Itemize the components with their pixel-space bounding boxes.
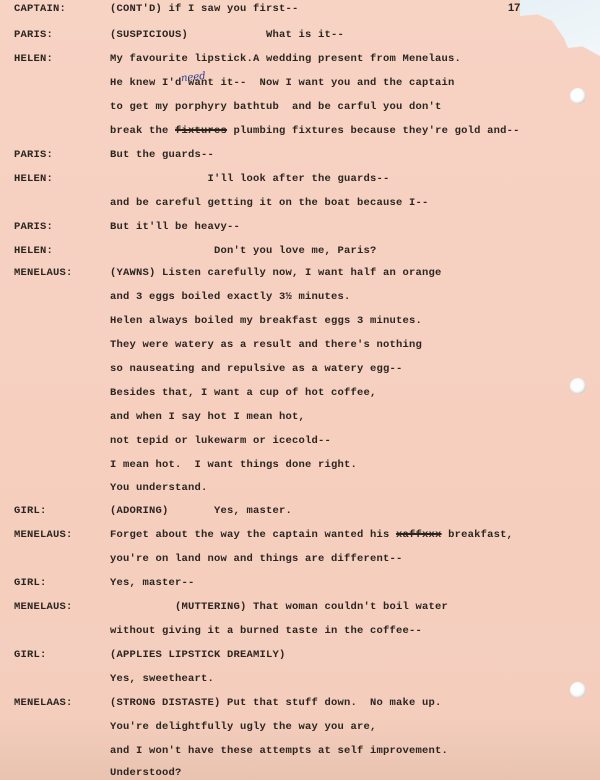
dialog-text: Forget about the way the captain wanted … [110, 529, 396, 541]
dialog-line: You understand. [110, 481, 208, 495]
dialog-line: Yes, sweetheart. [110, 672, 214, 686]
speaker-label: MENELAUS: [14, 600, 73, 614]
dialog-line: You're delightfully ugly the way you are… [110, 720, 377, 734]
dialog-line: so nauseating and repulsive as a watery … [110, 362, 403, 376]
dialog-line: But the guards-- [110, 148, 214, 162]
punch-hole [570, 88, 586, 104]
speaker-label: GIRL: [14, 648, 47, 662]
speaker-label: MENELAUS: [14, 266, 73, 280]
struck-text: xaffxxx [396, 529, 442, 541]
torn-corner [520, 0, 600, 80]
dialog-line: He knew I'd want it-- Now I want you and… [110, 76, 455, 90]
dialog-text: breakfast, [442, 529, 514, 541]
dialog-line: and 3 eggs boiled exactly 3½ minutes. [110, 290, 351, 304]
dialog-line: (STRONG DISTASTE) Put that stuff down. N… [110, 696, 442, 710]
dialog-line: They were watery as a result and there's… [110, 338, 422, 352]
dialog-line: not tepid or lukewarm or icecold-- [110, 434, 331, 448]
dialog-line: Helen always boiled my breakfast eggs 3 … [110, 314, 422, 328]
dialog-line: I'll look after the guards-- [110, 172, 390, 186]
punch-hole [570, 378, 586, 394]
dialog-line: My favourite lipstick.A wedding present … [110, 52, 461, 66]
dialog-line: Yes, master-- [110, 576, 195, 590]
speaker-label: MENELAAS: [14, 696, 73, 710]
speaker-label: GIRL: [14, 576, 47, 590]
dialog-line: without giving it a burned taste in the … [110, 624, 422, 638]
dialog-line: (ADORING) Yes, master. [110, 504, 292, 518]
dialog-line: Besides that, I want a cup of hot coffee… [110, 386, 377, 400]
dialog-text: break the [110, 125, 175, 137]
dialog-line: (MUTTERING) That woman couldn't boil wat… [110, 600, 448, 614]
speaker-label: HELEN: [14, 52, 53, 66]
dialog-line: Forget about the way the captain wanted … [110, 528, 513, 542]
dialog-line: But it'll be heavy-- [110, 220, 240, 234]
speaker-label: PARIS: [14, 148, 53, 162]
dialog-line: (APPLIES LIPSTICK DREAMILY) [110, 648, 286, 662]
page-number: 17 [508, 2, 520, 14]
speaker-label: PARIS: [14, 28, 53, 42]
script-page: 17 need CAPTAIN:(CONT'D) if I saw you fi… [0, 0, 600, 780]
speaker-label: HELEN: [14, 244, 53, 258]
speaker-label: CAPTAIN: [14, 2, 66, 16]
dialog-line: Don't you love me, Paris? [110, 244, 377, 258]
dialog-line: break the fixtures plumbing fixtures bec… [110, 124, 520, 138]
dialog-line: and I won't have these attempts at self … [110, 744, 448, 758]
dialog-line: (YAWNS) Listen carefully now, I want hal… [110, 266, 442, 280]
dialog-line: (SUSPICIOUS) What is it-- [110, 28, 344, 42]
speaker-label: HELEN: [14, 172, 53, 186]
dialog-line: you're on land now and things are differ… [110, 552, 403, 566]
dialog-line: Understood? [110, 766, 182, 780]
dialog-text: plumbing fixtures because they're gold a… [227, 125, 520, 137]
dialog-line: I mean hot. I want things done right. [110, 458, 357, 472]
dialog-line: and when I say hot I mean hot, [110, 410, 305, 424]
speaker-label: GIRL: [14, 504, 47, 518]
dialog-line: to get my porphyry bathtub and be carful… [110, 100, 442, 114]
speaker-label: PARIS: [14, 220, 53, 234]
struck-text: fixtures [175, 125, 227, 137]
speaker-label: MENELAUS: [14, 528, 73, 542]
punch-hole [570, 682, 586, 698]
dialog-line: (CONT'D) if I saw you first-- [110, 2, 299, 16]
dialog-line: and be careful getting it on the boat be… [110, 196, 429, 210]
